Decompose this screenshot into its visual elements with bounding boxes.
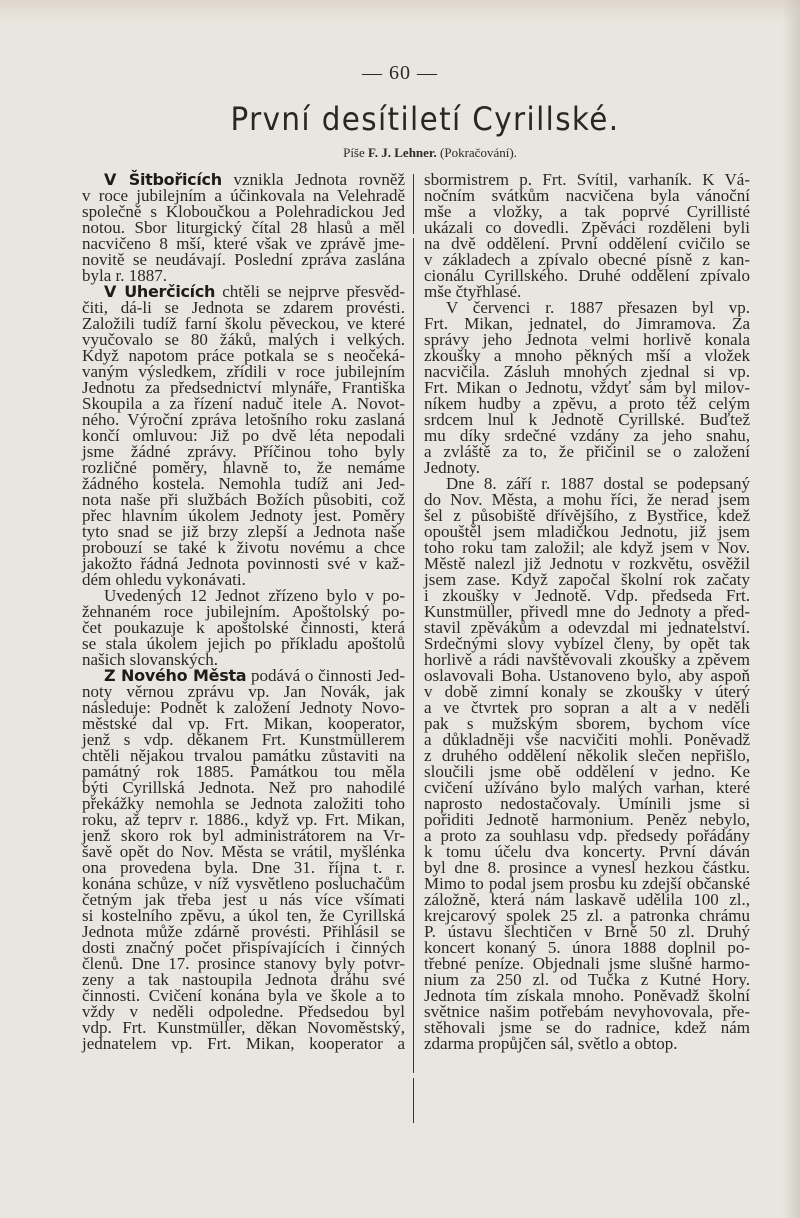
scanned-page: — 60 — První desítiletí Cyrillské. Píše … [0,0,800,1218]
text-line: jednatelem vp. Frt. Mikan, kooperator a [82,1036,405,1052]
page-number: — 60 — [0,62,800,85]
column-divider [413,1078,414,1123]
line-text: zdarma propůjčen sál, světlo a obtop. [424,1034,678,1053]
text-line: zdarma propůjčen sál, světlo a obtop. [424,1036,750,1052]
article-title: První desítiletí Cyrillské. [34,100,800,138]
column-divider [413,238,414,1073]
line-text: jednatelem vp. Frt. Mikan, kooperator a [82,1034,405,1053]
byline-author: F. J. Lehner. [368,145,437,160]
byline-prefix: Píše [343,145,365,160]
byline: Píše F. J. Lehner. (Pokračování). [130,145,730,161]
byline-suffix: (Pokračování). [440,145,517,160]
right-column: sbormistrem p. Frt. Svítil, varhaník. K … [424,172,750,1052]
column-divider [413,174,414,234]
left-column: V Šitbořicích vznikla Jednota rovněžv ro… [82,172,405,1052]
